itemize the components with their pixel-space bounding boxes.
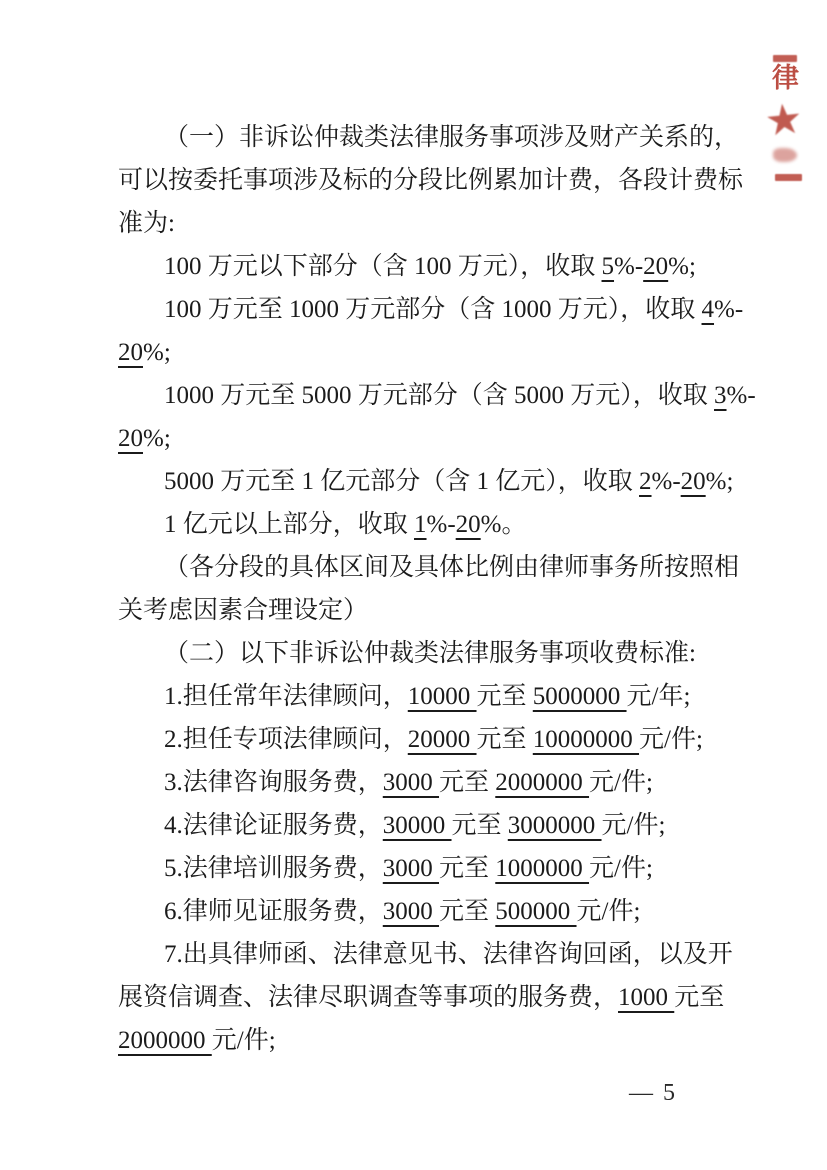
underlined-value: 3 <box>714 382 727 409</box>
stamp-star-icon: ★ <box>763 98 805 144</box>
underlined-value: 2 <box>639 468 652 495</box>
text-segment: 1 亿元以上部分，收取 <box>164 511 414 538</box>
text-segment: 元至 <box>477 726 533 753</box>
text-segment: %; <box>668 253 696 280</box>
text-segment: 展资信调查、法律尽职调查等事项的服务费， <box>118 984 618 1011</box>
red-seal-stamp: 律 ★ <box>763 52 807 188</box>
stamp-character: 律 <box>772 65 799 92</box>
text-line: 可以按委托事项涉及标的分段比例累加计费，各段计费标 <box>118 159 738 202</box>
text-segment: （一）非诉讼仲裁类法律服务事项涉及财产关系的， <box>164 124 739 151</box>
text-segment: 6.律师见证服务费， <box>164 898 383 925</box>
page-number: — 5 <box>629 1080 677 1107</box>
text-line: 100 万元至 1000 万元部分（含 1000 万元），收取 4%- <box>118 288 738 331</box>
text-segment: %; <box>143 425 171 452</box>
underlined-value: 20 <box>118 425 143 452</box>
text-segment: 关考虑因素合理设定） <box>118 597 368 624</box>
underlined-value: 3000 <box>383 855 439 882</box>
text-segment: 元/件; <box>577 898 641 925</box>
underlined-value: 30000 <box>383 812 452 839</box>
text-line: 7.出具律师函、法律意见书、法律咨询回函，以及开 <box>118 933 738 976</box>
text-segment: 元/件; <box>639 726 703 753</box>
text-segment: （二）以下非诉讼仲裁类法律服务事项收费标准: <box>164 640 696 667</box>
text-segment: %- <box>714 296 743 323</box>
underlined-value: 500000 <box>495 898 576 925</box>
underlined-value: 4 <box>702 296 715 323</box>
text-segment: %- <box>614 253 643 280</box>
text-segment: 5.法律培训服务费， <box>164 855 383 882</box>
text-segment: 元/件; <box>589 855 653 882</box>
text-segment: 7.出具律师函、法律意见书、法律咨询回函，以及开 <box>164 941 733 968</box>
text-line: 准为: <box>118 202 738 245</box>
text-segment: 元/件; <box>602 812 666 839</box>
text-line: 1 亿元以上部分，收取 1%-20%。 <box>118 503 738 546</box>
underlined-value: 5000000 <box>533 683 627 710</box>
text-line: （二）以下非诉讼仲裁类法律服务事项收费标准: <box>118 632 738 675</box>
text-line: 20%; <box>118 417 738 460</box>
text-segment: 元至 <box>452 812 508 839</box>
text-segment: 元/年; <box>627 683 691 710</box>
document-body: （一）非诉讼仲裁类法律服务事项涉及财产关系的，可以按委托事项涉及标的分段比例累加… <box>118 116 738 1062</box>
text-line: （各分段的具体区间及具体比例由律师事务所按照相 <box>118 546 738 589</box>
underlined-value: 20 <box>643 253 668 280</box>
text-segment: 准为: <box>118 210 175 237</box>
text-segment: 100 万元至 1000 万元部分（含 1000 万元），收取 <box>164 296 702 323</box>
stamp-bracket-top <box>773 55 797 62</box>
stamp-smudge <box>773 148 797 162</box>
underlined-value: 20 <box>118 339 143 366</box>
text-segment: 2.担任专项法律顾问， <box>164 726 408 753</box>
text-segment: %。 <box>481 511 527 538</box>
underlined-value: 2000000 <box>118 1027 212 1054</box>
text-segment: 1.担任常年法律顾问， <box>164 683 408 710</box>
stamp-bracket-bottom <box>775 174 802 181</box>
underlined-value: 2000000 <box>495 769 589 796</box>
underlined-value: 1000000 <box>495 855 589 882</box>
text-segment: 元至 <box>439 769 495 796</box>
underlined-value: 1000 <box>618 984 674 1011</box>
underlined-value: 3000 <box>383 898 439 925</box>
document-page: 律 ★ （一）非诉讼仲裁类法律服务事项涉及财产关系的，可以按委托事项涉及标的分段… <box>0 0 827 1170</box>
text-line: 2000000 元/件; <box>118 1019 738 1062</box>
underlined-value: 3000000 <box>508 812 602 839</box>
underlined-value: 3000 <box>383 769 439 796</box>
text-segment: %- <box>427 511 456 538</box>
text-line: 20%; <box>118 331 738 374</box>
text-segment: 可以按委托事项涉及标的分段比例累加计费，各段计费标 <box>118 167 743 194</box>
text-segment: 元至 <box>477 683 533 710</box>
underlined-value: 20000 <box>408 726 477 753</box>
text-segment: %; <box>706 468 734 495</box>
text-line: 2.担任专项法律顾问，20000 元至 10000000 元/件; <box>118 718 738 761</box>
text-line: 5000 万元至 1 亿元部分（含 1 亿元），收取 2%-20%; <box>118 460 738 503</box>
text-line: 5.法律培训服务费，3000 元至 1000000 元/件; <box>118 847 738 890</box>
text-segment: （各分段的具体区间及具体比例由律师事务所按照相 <box>164 554 739 581</box>
text-segment: 4.法律论证服务费， <box>164 812 383 839</box>
underlined-value: 5 <box>602 253 615 280</box>
text-line: 4.法律论证服务费，30000 元至 3000000 元/件; <box>118 804 738 847</box>
text-segment: 元至 <box>439 898 495 925</box>
underlined-value: 20 <box>456 511 481 538</box>
text-line: （一）非诉讼仲裁类法律服务事项涉及财产关系的， <box>118 116 738 159</box>
text-segment: 元/件; <box>589 769 653 796</box>
text-line: 关考虑因素合理设定） <box>118 589 738 632</box>
text-segment: 元/件; <box>212 1027 276 1054</box>
text-segment: 元至 <box>439 855 495 882</box>
underlined-value: 20 <box>681 468 706 495</box>
text-line: 100 万元以下部分（含 100 万元），收取 5%-20%; <box>118 245 738 288</box>
text-segment: 100 万元以下部分（含 100 万元），收取 <box>164 253 602 280</box>
text-segment: 5000 万元至 1 亿元部分（含 1 亿元），收取 <box>164 468 639 495</box>
text-segment: 元至 <box>674 984 724 1011</box>
underlined-value: 10000000 <box>533 726 639 753</box>
text-line: 3.法律咨询服务费，3000 元至 2000000 元/件; <box>118 761 738 804</box>
underlined-value: 10000 <box>408 683 477 710</box>
text-line: 6.律师见证服务费，3000 元至 500000 元/件; <box>118 890 738 933</box>
text-segment: %; <box>143 339 171 366</box>
text-segment: %- <box>652 468 681 495</box>
text-segment: %- <box>727 382 756 409</box>
text-segment: 3.法律咨询服务费， <box>164 769 383 796</box>
text-line: 1000 万元至 5000 万元部分（含 5000 万元），收取 3%- <box>118 374 738 417</box>
text-segment: 1000 万元至 5000 万元部分（含 5000 万元），收取 <box>164 382 714 409</box>
text-line: 展资信调查、法律尽职调查等事项的服务费，1000 元至 <box>118 976 738 1019</box>
text-line: 1.担任常年法律顾问，10000 元至 5000000 元/年; <box>118 675 738 718</box>
underlined-value: 1 <box>414 511 427 538</box>
